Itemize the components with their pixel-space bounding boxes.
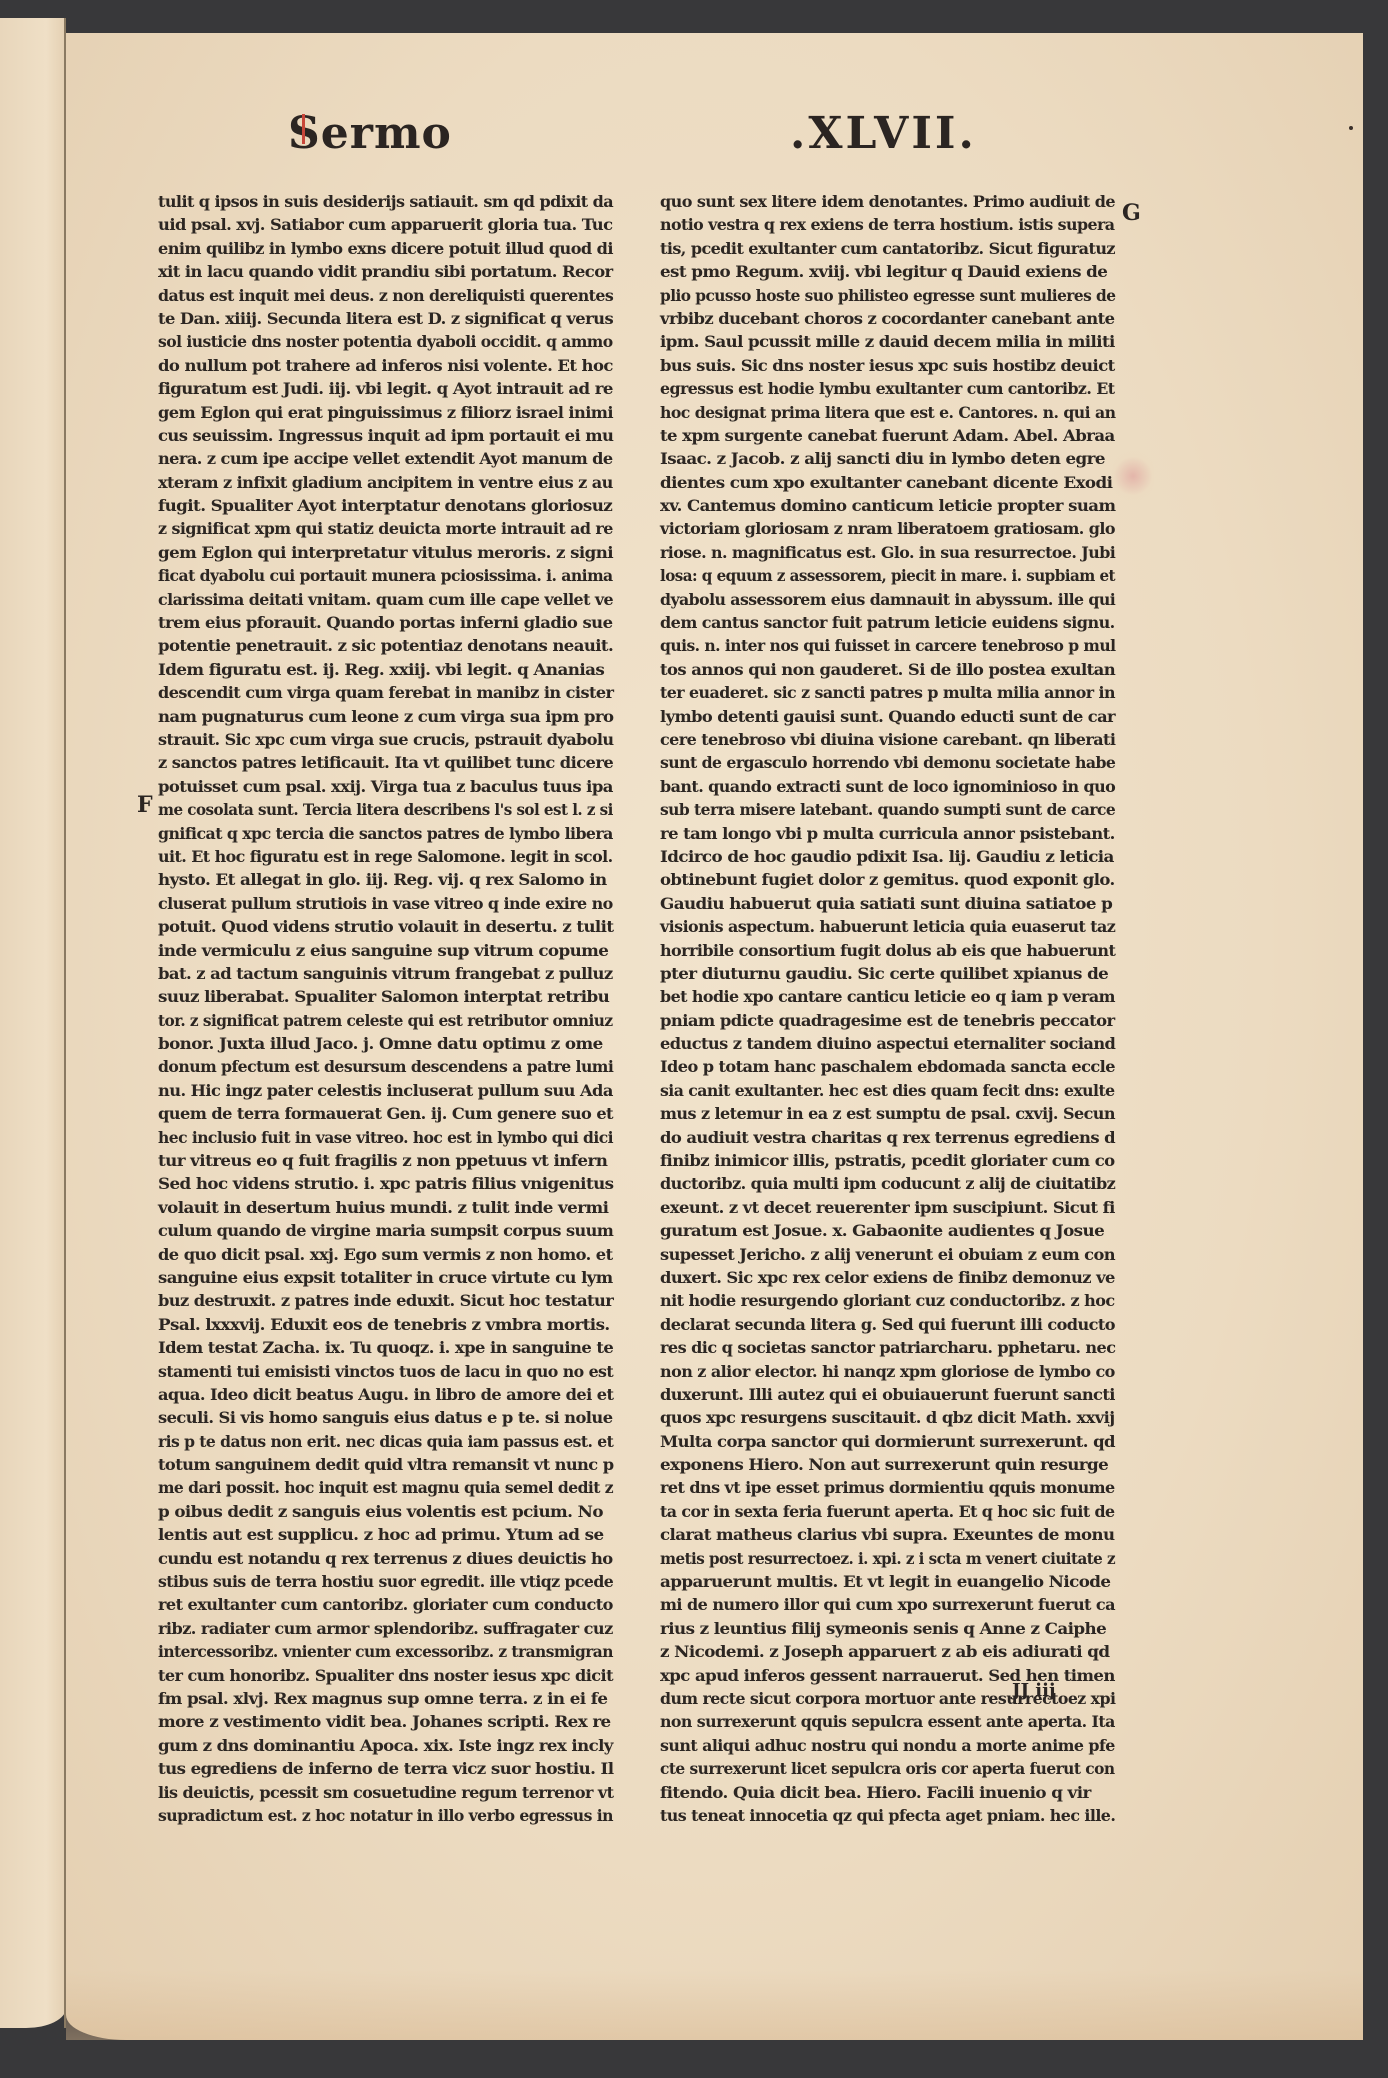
text-line: Ideo p totam hanc paschalem ebdomada san… — [660, 1055, 1115, 1078]
text-line: dientes cum xpo exultanter canebant dice… — [660, 471, 1113, 494]
text-line: visionis aspectum. habuerunt leticia qui… — [660, 915, 1115, 938]
text-line: apparuerunt multis. Et vt legit in euang… — [660, 1570, 1110, 1593]
text-line: nit hodie resurgendo gloriant cuz conduc… — [660, 1289, 1115, 1312]
text-line: vrbibz ducebant choros z cocordanter can… — [660, 307, 1115, 330]
text-line: bat. z ad tactum sanguinis vitrum frange… — [158, 962, 613, 985]
text-line: potuit. Quod videns strutio volauit in d… — [158, 915, 613, 938]
text-line: trem eius pforauit. Quando portas infern… — [158, 611, 613, 634]
text-line: totum sanguinem dedit quid vltra remansi… — [158, 1453, 613, 1476]
text-line: rius z leuntius filij symeonis senis q A… — [660, 1617, 1106, 1640]
text-line: gem Eglon qui erat pinguissimus z filior… — [158, 401, 613, 424]
text-line: clarissima deitati vnitam. quam cum ille… — [158, 588, 613, 611]
text-line: do audiuit vestra charitas q rex terrenu… — [660, 1126, 1115, 1149]
text-line: uid psal. xvj. Satiabor cum apparuerit g… — [158, 213, 613, 236]
text-line: horribile consortium fugit dolus ab eis … — [660, 939, 1115, 962]
text-line: sunt de ergasculo horrendo vbi demonu so… — [660, 751, 1115, 774]
text-line: quem de terra formauerat Gen. ij. Cum ge… — [158, 1102, 613, 1125]
margin-letter-f: F — [137, 792, 153, 818]
text-line: sanguine eius expsit totaliter in cruce … — [158, 1266, 613, 1289]
text-line: pter diuturnu gaudiu. Sic certe quilibet… — [660, 962, 1108, 985]
text-line: stamenti tui emisisti vinctos tuos de la… — [158, 1360, 613, 1383]
text-line: Idem testat Zacha. ix. Tu quoqz. i. xpe … — [158, 1336, 613, 1359]
text-line: Sed hoc videns strutio. i. xpc patris fi… — [158, 1172, 613, 1195]
text-line: datus est inquit mei deus. z non dereliq… — [158, 284, 613, 307]
text-line: lentis aut est supplicu. z hoc ad primu.… — [158, 1523, 604, 1546]
text-line: volauit in desertum huius mundi. z tulit… — [158, 1196, 608, 1219]
text-line: Multa corpa sanctor qui dormierunt surre… — [660, 1430, 1115, 1453]
text-line: est pmo Regum. xviij. vbi legitur q Daui… — [660, 260, 1107, 283]
text-line: de quo dicit psal. xxj. Ego sum vermis z… — [158, 1243, 613, 1266]
text-line: lymbo detenti gauisi sunt. Quando educti… — [660, 705, 1115, 728]
text-line: potentie penetrauit. z sic potentiaz den… — [158, 634, 613, 657]
text-line: metis post resurrectoez. i. xpi. z i sct… — [660, 1547, 1115, 1570]
text-line: enim quilibz in lymbo exns dicere potuit… — [158, 237, 613, 260]
text-line: ris p te datus non erit. nec dicas quia … — [158, 1430, 613, 1453]
text-line: bant. quando extracti sunt de loco ignom… — [660, 775, 1115, 798]
text-line: ipm. Saul pcussit mille z dauid decem mi… — [660, 330, 1115, 353]
text-column-left: tulit q ipsos in suis desiderijs satiaui… — [158, 190, 613, 1827]
text-line: z significat xpm qui statiz deuicta mort… — [158, 517, 613, 540]
text-line: quos xpc resurgens suscitauit. d qbz dic… — [660, 1406, 1115, 1429]
text-line: ta cor in sexta feria fuerunt aperta. Et… — [660, 1500, 1115, 1523]
text-line: dem cantus sanctor fuit patrum leticie e… — [660, 611, 1115, 634]
text-line: do nullum pot trahere ad inferos nisi vo… — [158, 354, 613, 377]
text-line: more z vestimento vidit bea. Johanes scr… — [158, 1710, 611, 1733]
running-head-folio: .XLVII. — [790, 108, 977, 159]
margin-letter-g: G — [1122, 200, 1141, 226]
text-line: ductoribz. quia multi ipm coducunt z ali… — [660, 1172, 1115, 1195]
text-line: exponens Hiero. Non aut surrexerunt quin… — [660, 1453, 1108, 1476]
text-line: duxerunt. Illi autez qui ei obuiauerunt … — [660, 1383, 1115, 1406]
text-line: nam pugnaturus cum leone z cum virga sua… — [158, 705, 613, 728]
text-line: fm psal. xlvj. Rex magnus sup omne terra… — [158, 1687, 607, 1710]
text-line: tos annos qui non gauderet. Si de illo p… — [660, 658, 1115, 681]
text-line: non z alior elector. hi nanqz xpm glorio… — [660, 1360, 1115, 1383]
text-line: figuratum est Judi. iij. vbi legit. q Ay… — [158, 377, 613, 400]
text-line: tor. z significat patrem celeste qui est… — [158, 1009, 613, 1032]
text-line: xteram z infixit gladium ancipitem in ve… — [158, 471, 613, 494]
text-line: Psal. lxxxvij. Eduxit eos de tenebris z … — [158, 1313, 609, 1336]
text-line: non surrexerunt qquis sepulcra essent an… — [660, 1710, 1115, 1733]
text-line: obtinebunt fugiet dolor z gemitus. quod … — [660, 868, 1115, 891]
text-line: supesset Jericho. z alij venerunt ei obu… — [660, 1243, 1115, 1266]
signature-mark: JJ iij — [1012, 1680, 1056, 1701]
text-line: duxert. Sic xpc rex celor exiens de fini… — [660, 1266, 1115, 1289]
text-line: sol iusticie dns noster potentia dyaboli… — [158, 330, 613, 353]
text-line: tur vitreus eo q fuit fragilis z non ppe… — [158, 1149, 607, 1172]
text-line: tis, pcedit exultanter cum cantatoribz. … — [660, 237, 1115, 260]
text-column-right: quo sunt sex litere idem denotantes. Pri… — [660, 190, 1115, 1827]
text-line: ter cum honoribz. Spualiter dns noster i… — [158, 1664, 613, 1687]
text-line: res dic q societas sanctor patriarcharu.… — [660, 1336, 1115, 1359]
text-line: tus egrediens de inferno de terra vicz s… — [158, 1757, 613, 1780]
text-line: intercessoribz. vnienter cum excessoribz… — [158, 1640, 613, 1663]
text-line: tus teneat innocetia qz qui pfecta aget … — [660, 1804, 1115, 1827]
text-line: sunt aliqui adhuc nostru qui nondu a mor… — [660, 1734, 1115, 1757]
text-line: egressus est hodie lymbu exultanter cum … — [660, 377, 1115, 400]
text-line: quo sunt sex litere idem denotantes. Pri… — [660, 190, 1115, 213]
text-line: guratum est Josue. x. Gabaonite audiente… — [660, 1219, 1104, 1242]
text-line: te Dan. xiiij. Secunda litera est D. z s… — [158, 307, 613, 330]
text-line: notio vestra q rex exiens de terra hosti… — [660, 213, 1115, 236]
facing-leaf-edge — [0, 18, 66, 2028]
text-line: seculi. Si vis homo sanguis eius datus e… — [158, 1406, 613, 1429]
text-line: re tam longo vbi p multa curricula annor… — [660, 822, 1115, 845]
text-line: te xpm surgente canebat fuerunt Adam. Ab… — [660, 424, 1115, 447]
text-line: riose. n. magnificatus est. Glo. in sua … — [660, 541, 1115, 564]
text-line: bonor. Juxta illud Jaco. j. Omne datu op… — [158, 1032, 603, 1055]
text-line: cere tenebroso vbi diuina visione careba… — [660, 728, 1115, 751]
text-line: aqua. Ideo dicit beatus Augu. in libro d… — [158, 1383, 613, 1406]
text-line: cundu est notandu q rex terrenus z diues… — [158, 1547, 613, 1570]
text-line: nu. Hic ingz pater celestis incluserat p… — [158, 1079, 613, 1102]
text-line: gnificat q xpc tercia die sanctos patres… — [158, 822, 613, 845]
text-line: fitendo. Quia dicit bea. Hiero. Facili i… — [660, 1781, 1091, 1804]
text-line: nera. z cum ipe accipe vellet extendit A… — [158, 447, 613, 470]
text-line: uit. Et hoc figuratu est in rege Salomon… — [158, 845, 613, 868]
text-line: quis. n. inter nos qui fuisset in carcer… — [660, 634, 1115, 657]
text-line: mi de numero illor qui cum xpo surrexeru… — [660, 1593, 1115, 1616]
text-line: mus z letemur in ea z est sumptu de psal… — [660, 1102, 1115, 1125]
text-line: plio pcusso hoste suo philisteo egresse … — [660, 284, 1115, 307]
running-head-title: Sermo — [288, 108, 452, 159]
text-line: z sanctos patres letificauit. Ita vt qui… — [158, 751, 613, 774]
text-line: gum z dns dominantiu Apoca. xix. Iste in… — [158, 1734, 613, 1757]
text-line: eductus z tandem diuino aspectui eternal… — [660, 1032, 1115, 1055]
ink-speck — [1349, 126, 1353, 130]
text-line: hysto. Et allegat in glo. iij. Reg. vij.… — [158, 868, 606, 891]
text-line: bet hodie xpo cantare canticu leticie eo… — [660, 985, 1115, 1008]
text-line: strauit. Sic xpc cum virga sue crucis, p… — [158, 728, 613, 751]
text-line: culum quando de virgine maria sumpsit co… — [158, 1219, 613, 1242]
text-line: suuz liberabat. Spualiter Salomon interp… — [158, 985, 609, 1008]
text-line: ter euaderet. sic z sancti patres p mult… — [660, 681, 1115, 704]
text-line: Gaudiu habuerut quia satiati sunt diuina… — [660, 892, 1113, 915]
text-line: me dari possit. hoc inquit est magnu qui… — [158, 1476, 613, 1499]
text-line: dyabolu assessorem eius damnauit in abys… — [660, 588, 1115, 611]
text-line: finibz inimicor illis, pstratis, pcedit … — [660, 1149, 1115, 1172]
text-line: inde vermiculu z eius sanguine sup vitru… — [158, 939, 608, 962]
text-line: Idem figuratu est. ij. Reg. xxiij. vbi l… — [158, 658, 604, 681]
text-line: hoc designat prima litera que est e. Can… — [660, 401, 1115, 424]
text-line: tulit q ipsos in suis desiderijs satiaui… — [158, 190, 613, 213]
text-line: exeunt. z vt decet reuerenter ipm suscip… — [660, 1196, 1115, 1219]
text-line: victoriam gloriosam z nram liberatoem gr… — [660, 517, 1115, 540]
text-line: sub terra misere latebant. quando sumpti… — [660, 798, 1115, 821]
text-line: ficat dyabolu cui portauit munera pciosi… — [158, 564, 613, 587]
text-line: stibus suis de terra hostiu suor egredit… — [158, 1570, 613, 1593]
text-line: ribz. radiater cum armor splendoribz. su… — [158, 1617, 613, 1640]
text-line: clarat matheus clarius vbi supra. Exeunt… — [660, 1523, 1115, 1546]
text-line: hec inclusio fuit in vase vitreo. hoc es… — [158, 1126, 613, 1149]
red-stain — [1112, 451, 1154, 501]
text-line: supradictum est. z hoc notatur in illo v… — [158, 1804, 613, 1827]
text-line: sia canit exultanter. hec est dies quam … — [660, 1079, 1115, 1102]
text-line: Idcirco de hoc gaudio pdixit Isa. lij. G… — [660, 845, 1114, 868]
running-head-left: Sermo — [288, 108, 452, 159]
text-line: donum pfectum est desursum descendens a … — [158, 1055, 613, 1078]
text-line: cus seuissim. Ingressus inquit ad ipm po… — [158, 424, 613, 447]
text-line: z Nicodemi. z Joseph apparuert z ab eis … — [660, 1640, 1109, 1663]
text-line: pniam pdicte quadragesime est de tenebri… — [660, 1009, 1115, 1032]
text-line: buz destruxit. z patres inde eduxit. Sic… — [158, 1289, 613, 1312]
text-line: Isaac. z Jacob. z alij sancti diu in lym… — [660, 447, 1105, 470]
text-line: gem Eglon qui interpretatur vitulus mero… — [158, 541, 613, 564]
text-line: losa: q equum z assessorem, piecit in ma… — [660, 564, 1115, 587]
text-line: cte surrexerunt licet sepulcra oris cor … — [660, 1757, 1115, 1780]
text-line: declarat secunda litera g. Sed qui fueru… — [660, 1313, 1115, 1336]
text-line: fugit. Spualiter Ayot interptatur denota… — [158, 494, 613, 517]
text-line: p oibus dedit z sanguis eius volentis es… — [158, 1500, 603, 1523]
text-line: descendit cum virga quam ferebat in mani… — [158, 681, 613, 704]
text-line: me cosolata sunt. Tercia litera describe… — [158, 798, 613, 821]
text-line: lis deuictis, pcessit sm cosuetudine reg… — [158, 1781, 613, 1804]
text-line: potuisset cum psal. xxij. Virga tua z ba… — [158, 775, 613, 798]
text-line: ret dns vt ipe esset primus dormientiu q… — [660, 1476, 1115, 1499]
text-line: cluserat pullum strutiois in vase vitreo… — [158, 892, 613, 915]
text-line: xit in lacu quando vidit prandiu sibi po… — [158, 260, 613, 283]
text-line: xv. Cantemus domino canticum leticie pro… — [660, 494, 1115, 517]
text-line: bus suis. Sic dns noster iesus xpc suis … — [660, 354, 1115, 377]
text-line: ret exultanter cum cantoribz. gloriater … — [158, 1593, 613, 1616]
